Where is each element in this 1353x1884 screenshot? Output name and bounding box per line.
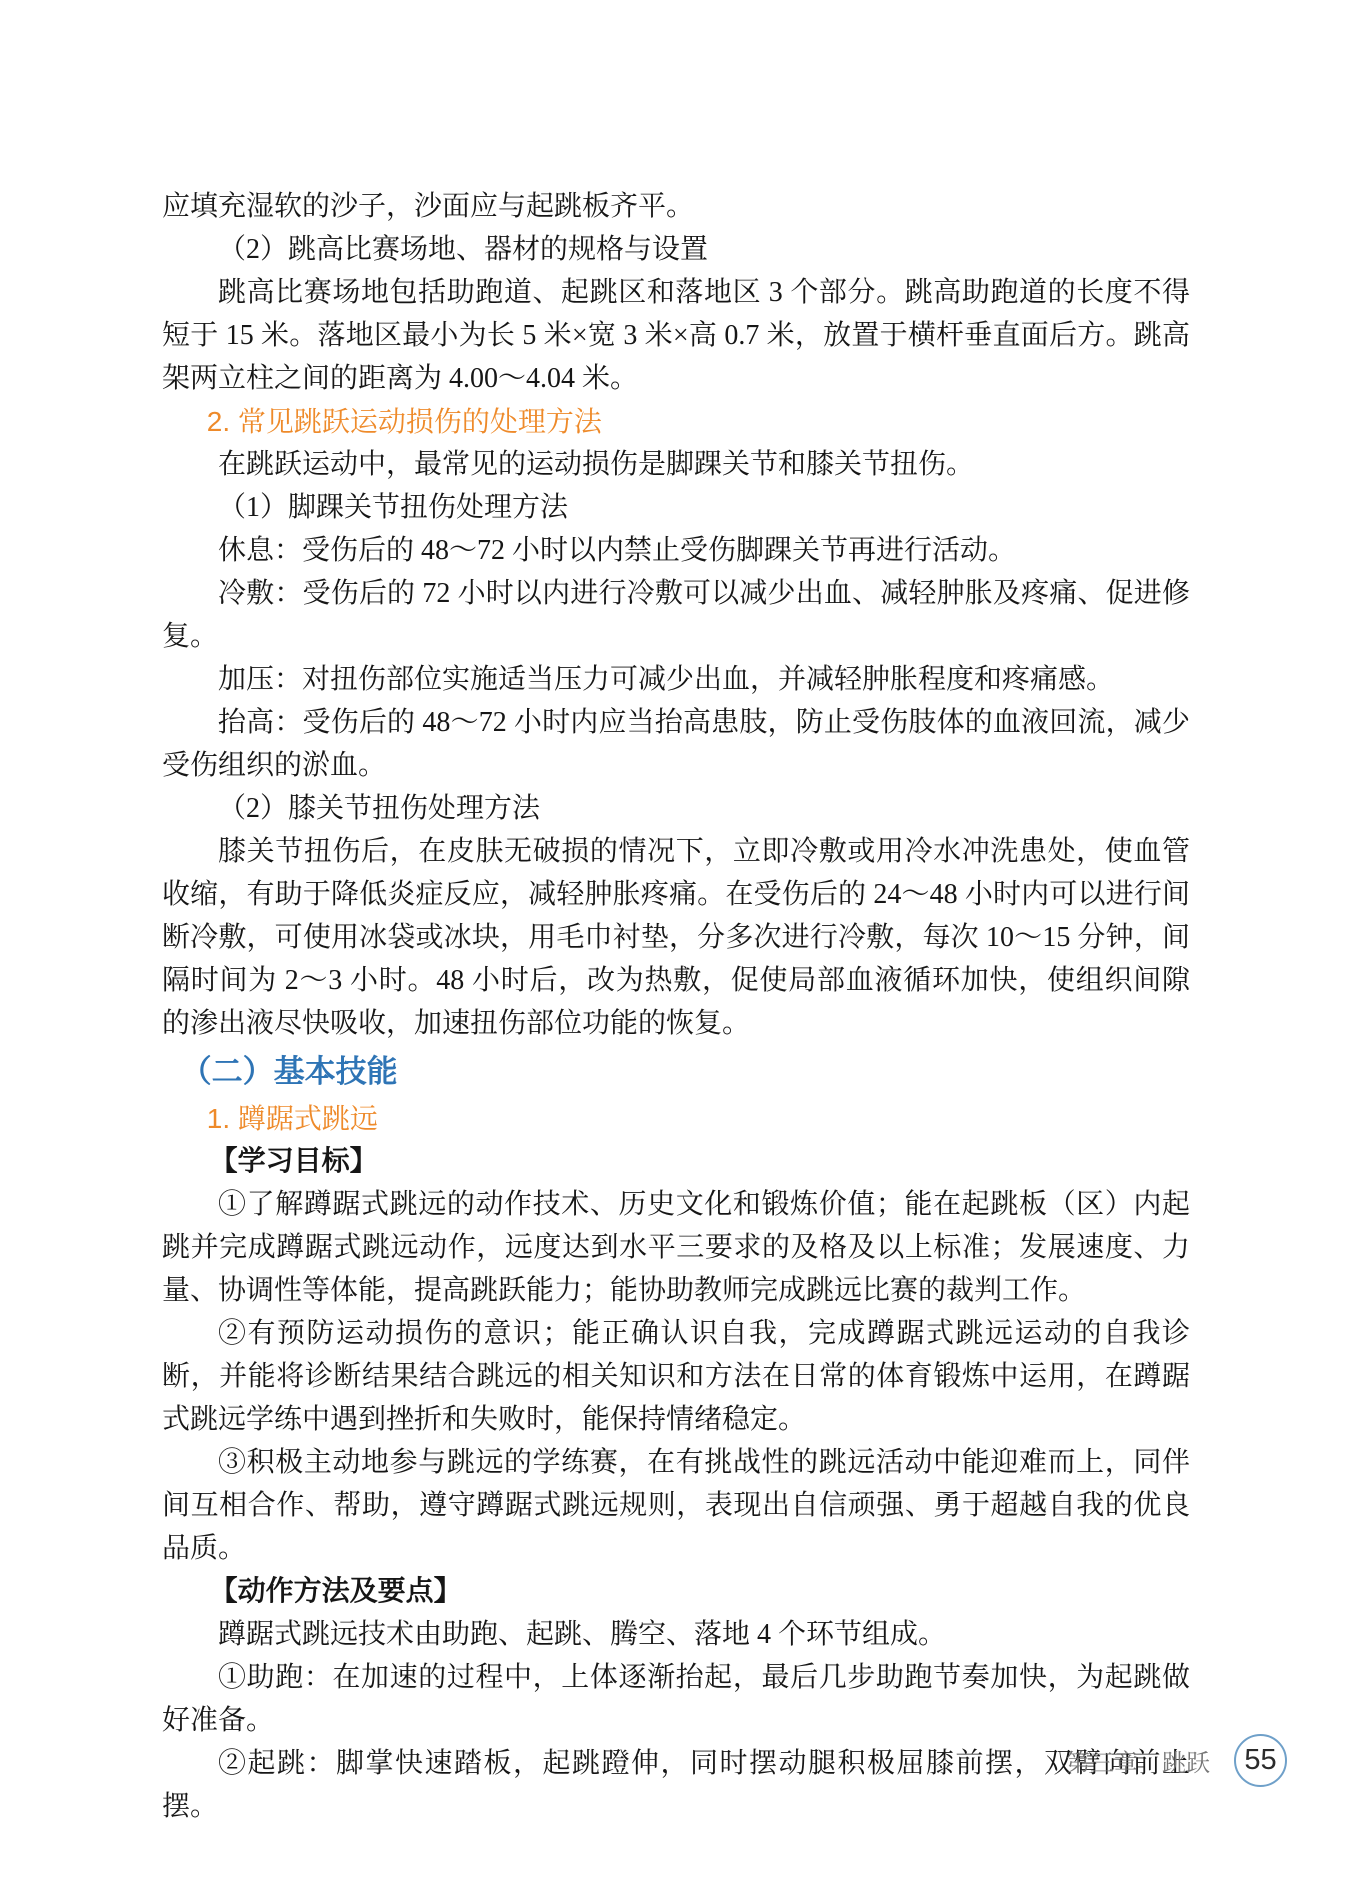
page-number: 55 xyxy=(1244,1744,1276,1777)
paragraph-goal-2: ②有预防运动损伤的意识；能正确认识自我，完成蹲踞式跳远运动的自我诊断，并能将诊断… xyxy=(162,1312,1190,1441)
paragraph-sand-fill: 应填充湿软的沙子，沙面应与起跳板齐平。 xyxy=(162,185,1190,228)
label-method-key-points: 【动作方法及要点】 xyxy=(162,1570,1190,1613)
paragraph-knee-treatment: 膝关节扭伤后，在皮肤无破损的情况下，立即冷敷或用冷水冲洗患处，使血管收缩，有助于… xyxy=(162,830,1190,1045)
paragraph-goal-1: ①了解蹲踞式跳远的动作技术、历史文化和锻炼价值；能在起跳板（区）内起跳并完成蹲踞… xyxy=(162,1183,1190,1312)
paragraph-elevation: 抬高：受伤后的 48～72 小时内应当抬高患肢，防止受伤肢体的血液回流，减少受伤… xyxy=(162,701,1190,787)
heading-squat-long-jump: 1. 蹲踞式跳远 xyxy=(162,1097,1190,1140)
label-learning-goals: 【学习目标】 xyxy=(162,1140,1190,1183)
paragraph-cold-compress: 冷敷：受伤后的 72 小时以内进行冷敷可以减少出血、减轻肿胀及疼痛、促进修复。 xyxy=(162,572,1190,658)
paragraph-compression: 加压：对扭伤部位实施适当压力可减少出血，并减轻肿胀程度和疼痛感。 xyxy=(162,658,1190,701)
paragraph-goal-3: ③积极主动地参与跳远的学练赛，在有挑战性的跳远活动中能迎难而上，同伴间互相合作、… xyxy=(162,1441,1190,1570)
heading-injury-treatment: 2. 常见跳跃运动损伤的处理方法 xyxy=(162,400,1190,443)
paragraph-run-up: ①助跑：在加速的过程中，上体逐渐抬起，最后几步助跑节奏加快，为起跳做好准备。 xyxy=(162,1656,1190,1742)
paragraph-four-phases: 蹲踞式跳远技术由助跑、起跳、腾空、落地 4 个环节组成。 xyxy=(162,1613,1190,1656)
paragraph-highjump-venue-title: （2）跳高比赛场地、器材的规格与设置 xyxy=(162,228,1190,271)
paragraph-ankle-title: （1）脚踝关节扭伤处理方法 xyxy=(162,486,1190,529)
paragraph-highjump-venue-spec: 跳高比赛场地包括助跑道、起跳区和落地区 3 个部分。跳高助跑道的长度不得短于 1… xyxy=(162,271,1190,400)
heading-basic-skills: （二）基本技能 xyxy=(162,1048,1190,1096)
paragraph-take-off: ②起跳：脚掌快速踏板，起跳蹬伸，同时摆动腿积极屈膝前摆，双臂向前上摆。 xyxy=(162,1742,1190,1828)
textbook-page: { "document": { "type": "textbook-page",… xyxy=(0,0,1353,1884)
paragraph-common-injuries: 在跳跃运动中，最常见的运动损伤是脚踝关节和膝关节扭伤。 xyxy=(162,443,1190,486)
page-number-badge: 55 xyxy=(1234,1734,1287,1787)
page-footer: 第三章 跳跃 55 xyxy=(1066,1734,1287,1787)
paragraph-knee-title: （2）膝关节扭伤处理方法 xyxy=(162,787,1190,830)
page-content: 应填充湿软的沙子，沙面应与起跳板齐平。 （2）跳高比赛场地、器材的规格与设置 跳… xyxy=(162,185,1190,1828)
paragraph-rest: 休息：受伤后的 48～72 小时以内禁止受伤脚踝关节再进行活动。 xyxy=(162,529,1190,572)
footer-chapter-label: 第三章 跳跃 xyxy=(1066,1743,1210,1778)
